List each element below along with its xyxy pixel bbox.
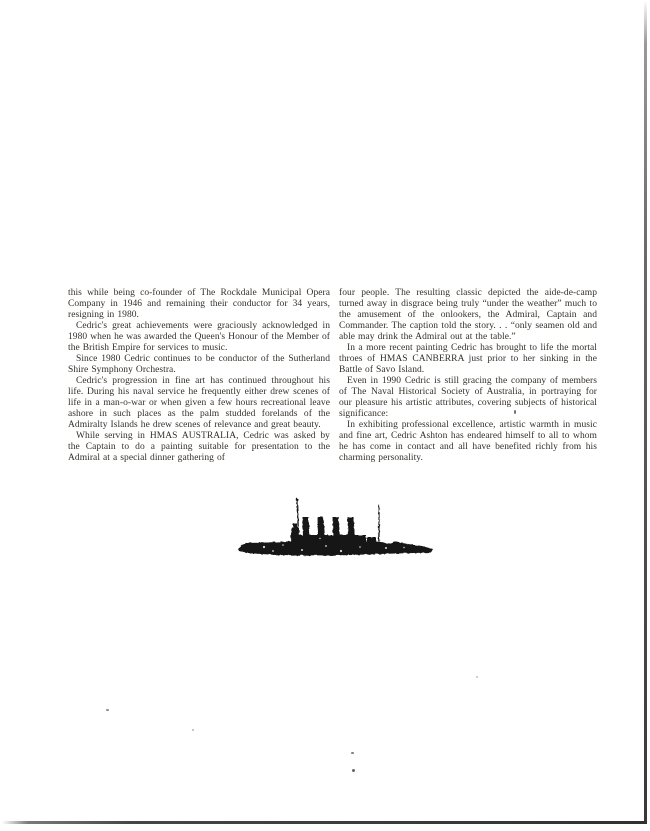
scan-speck (352, 769, 355, 772)
paragraph: four people. The resulting classic depic… (339, 288, 597, 343)
left-column: this while being co-founder of The Rockd… (68, 288, 330, 464)
paragraph: Even in 1990 Cedric is still gracing the… (339, 376, 597, 420)
scan-edge-right (644, 2, 647, 824)
paragraph: While serving in HMAS AUSTRALIA, Cedric … (68, 431, 330, 464)
paragraph: Since 1980 Cedric continues to be conduc… (68, 354, 330, 376)
right-column: four people. The resulting classic depic… (339, 288, 597, 464)
scan-speck (106, 709, 109, 711)
paragraph: Cedric's progression in fine art has con… (68, 376, 330, 431)
paragraph: this while being co-founder of The Rockd… (68, 288, 330, 321)
paragraph: In a more recent painting Cedric has bro… (339, 343, 597, 376)
article-body: this while being co-founder of The Rockd… (68, 288, 597, 464)
scan-edge-bottom (2, 821, 647, 824)
scanned-document-page: this while being co-founder of The Rockd… (0, 0, 650, 831)
scan-speck (514, 410, 516, 414)
paragraph: In exhibiting professional excellence, a… (339, 420, 597, 464)
warship-illustration (236, 494, 436, 560)
scan-speck (351, 752, 354, 754)
paragraph: Cedric's great achievements were graciou… (68, 321, 330, 354)
scan-speck (192, 729, 194, 731)
scan-speck (476, 676, 478, 678)
